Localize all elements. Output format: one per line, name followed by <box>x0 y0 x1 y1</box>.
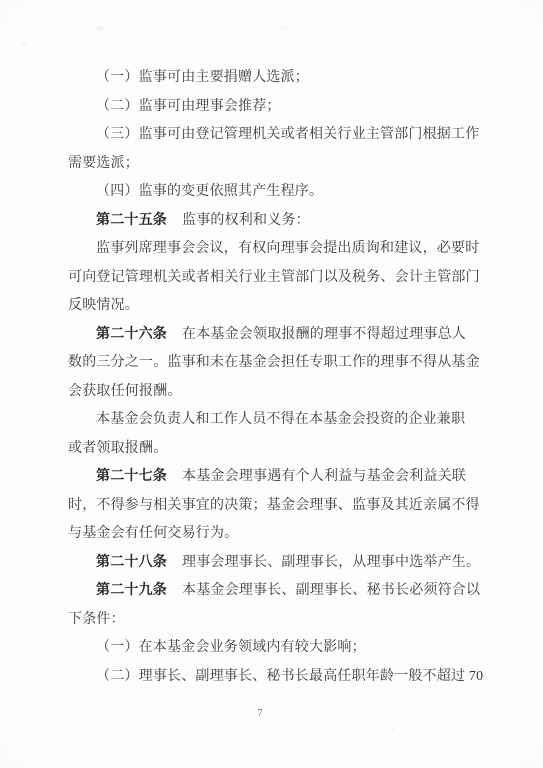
page-number: 7 <box>0 708 520 719</box>
scan-artifact <box>96 26 104 31</box>
text-line: 数的三分之一。监事和未在基金会担任专职工作的理事不得从基金 <box>68 349 508 378</box>
text-run: （三）监事可由登记管理机关或者相关行业主管部门根据工作 <box>96 127 479 142</box>
text-line: （四）监事的变更依照其产生程序。 <box>68 178 508 207</box>
text-line: 第二十九条本基金会理事长、副理事长、秘书长必须符合以 <box>68 577 508 606</box>
article-number: 第二十九条 <box>96 583 167 598</box>
text-run: 时，不得参与相关事宜的决策；基金会理事、监事及其近亲属不得 <box>68 498 480 513</box>
document-body: （一）监事可由主要捐赠人选派；（二）监事可由理事会推荐；（三）监事可由登记管理机… <box>68 64 508 691</box>
text-run: 本基金会理事长、副理事长、秘书长必须符合以 <box>182 583 480 598</box>
text-run: 需要选派； <box>68 156 139 171</box>
text-line: 时，不得参与相关事宜的决策；基金会理事、监事及其近亲属不得 <box>68 492 508 521</box>
article-number: 第二十六条 <box>96 327 167 342</box>
text-run: 监事的权利和义务： <box>182 213 310 228</box>
text-line: （一）监事可由主要捐赠人选派； <box>68 64 508 93</box>
text-line: 本基金会负责人和工作人员不得在本基金会投资的企业兼职 <box>68 406 508 435</box>
text-line: 会获取任何报酬。 <box>68 378 508 407</box>
text-run: （一）监事可由主要捐赠人选派； <box>96 70 309 85</box>
text-line: （二）理事长、副理事长、秘书长最高任职年龄一般不超过 70 <box>68 663 508 692</box>
text-run: （四）监事的变更依照其产生程序。 <box>96 184 323 199</box>
text-run: （二）理事长、副理事长、秘书长最高任职年龄一般不超过 70 <box>96 669 483 684</box>
text-line: 第二十六条在本基金会领取报酬的理事不得超过理事总人 <box>68 321 508 350</box>
text-run: 可向登记管理机关或者相关行业主管部门以及税务、会计主管部门 <box>68 270 480 285</box>
text-line: （二）监事可由理事会推荐； <box>68 93 508 122</box>
text-line: 与基金会有任何交易行为。 <box>68 520 508 549</box>
text-line: 反映情况。 <box>68 292 508 321</box>
text-line: 可向登记管理机关或者相关行业主管部门以及税务、会计主管部门 <box>68 264 508 293</box>
text-run: 数的三分之一。监事和未在基金会担任专职工作的理事不得从基金 <box>68 355 480 370</box>
text-line: 需要选派； <box>68 150 508 179</box>
article-number: 第二十七条 <box>96 469 167 484</box>
text-run: 反映情况。 <box>68 298 139 313</box>
text-run: （一）在本基金会业务领域内有较大影响； <box>96 640 366 655</box>
article-number: 第二十八条 <box>96 555 167 570</box>
text-line: 第二十五条监事的权利和义务： <box>68 207 508 236</box>
text-run: 本基金会理事遇有个人利益与基金会利益关联 <box>182 469 466 484</box>
article-number: 第二十五条 <box>96 213 167 228</box>
scan-artifact <box>391 729 395 732</box>
text-line: （一）在本基金会业务领域内有较大影响； <box>68 634 508 663</box>
text-line: 下条件： <box>68 606 508 635</box>
text-run: 理事会理事长、副理事长，从理事中选举产生。 <box>182 555 480 570</box>
text-run: （二）监事可由理事会推荐； <box>96 99 281 114</box>
text-run: 会获取任何报酬。 <box>68 384 182 399</box>
text-run: 在本基金会领取报酬的理事不得超过理事总人 <box>182 327 466 342</box>
text-run: 下条件： <box>68 612 125 627</box>
text-line: 监事列席理事会会议，有权向理事会提出质询和建议，必要时 <box>68 235 508 264</box>
document-page: （一）监事可由主要捐赠人选派；（二）监事可由理事会推荐；（三）监事可由登记管理机… <box>0 0 543 768</box>
text-run: 与基金会有任何交易行为。 <box>68 526 238 541</box>
text-line: （三）监事可由登记管理机关或者相关行业主管部门根据工作 <box>68 121 508 150</box>
text-run: 或者领取报酬。 <box>68 441 167 456</box>
text-run: 本基金会负责人和工作人员不得在本基金会投资的企业兼职 <box>96 412 465 427</box>
scan-artifact <box>22 42 26 45</box>
text-line: 第二十七条本基金会理事遇有个人利益与基金会利益关联 <box>68 463 508 492</box>
text-run: 监事列席理事会会议，有权向理事会提出质询和建议，必要时 <box>96 241 479 256</box>
scan-artifact <box>282 27 288 30</box>
text-line: 第二十八条理事会理事长、副理事长，从理事中选举产生。 <box>68 549 508 578</box>
text-line: 或者领取报酬。 <box>68 435 508 464</box>
